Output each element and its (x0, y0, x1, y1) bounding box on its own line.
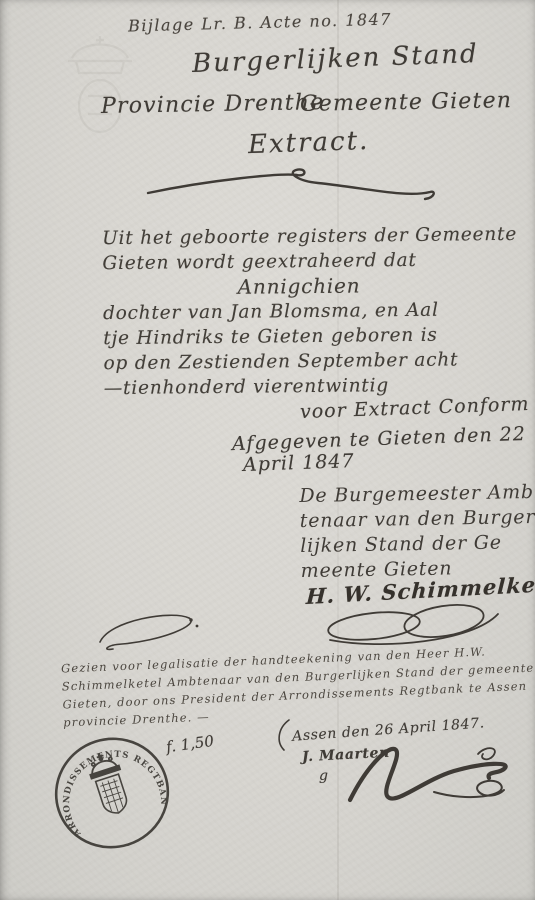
archive-annotation: Bijlage Lr. B. Acte no. 1847 (128, 10, 392, 36)
official-title-line: lijken Stand der Ge (300, 530, 535, 559)
divider-flourish (140, 165, 440, 207)
body-line: Uit het geboorte registers der Gemeente (102, 222, 517, 251)
issue-place-date-line1: Afgegeven te Gieten den 22 (232, 423, 527, 455)
paren-flourish (274, 718, 292, 752)
clerk-mark: g (319, 768, 329, 784)
document-page: Bijlage Lr. B. Acte no. 1847 Burgerlijke… (0, 0, 535, 900)
svg-text:ARRONDISSEMENTS REGTBANK TE AS: ARRONDISSEMENTS REGTBANK TE ASSEN (22, 711, 172, 846)
seal-text: ARRONDISSEMENTS REGTBANK TE ASSEN (22, 711, 172, 846)
registrar-signature-flourish (312, 598, 507, 646)
embossed-crown-watermark (52, 22, 148, 138)
province-label: Provincie Drenthe (101, 90, 325, 119)
body-line: op den Zestienden September acht (103, 347, 518, 376)
paraph-flourish (92, 608, 204, 654)
court-seal-stamp: ARRONDISSEMENTS REGTBANK TE ASSEN (45, 731, 179, 857)
municipality-label: Gemeente Gieten (300, 88, 513, 117)
seal-shield-icon (96, 774, 130, 817)
official-title-block: De Burgemeester Amb tenaar van den Burge… (299, 480, 535, 584)
document-type: Extract. (248, 126, 370, 160)
body-text: Uit het geboorte registers der Gemeente … (102, 222, 519, 401)
document-title: Burgerlijken Stand (192, 39, 480, 79)
issue-place-date-line2: April 1847 (243, 450, 355, 476)
president-signature-flourish (336, 736, 531, 818)
